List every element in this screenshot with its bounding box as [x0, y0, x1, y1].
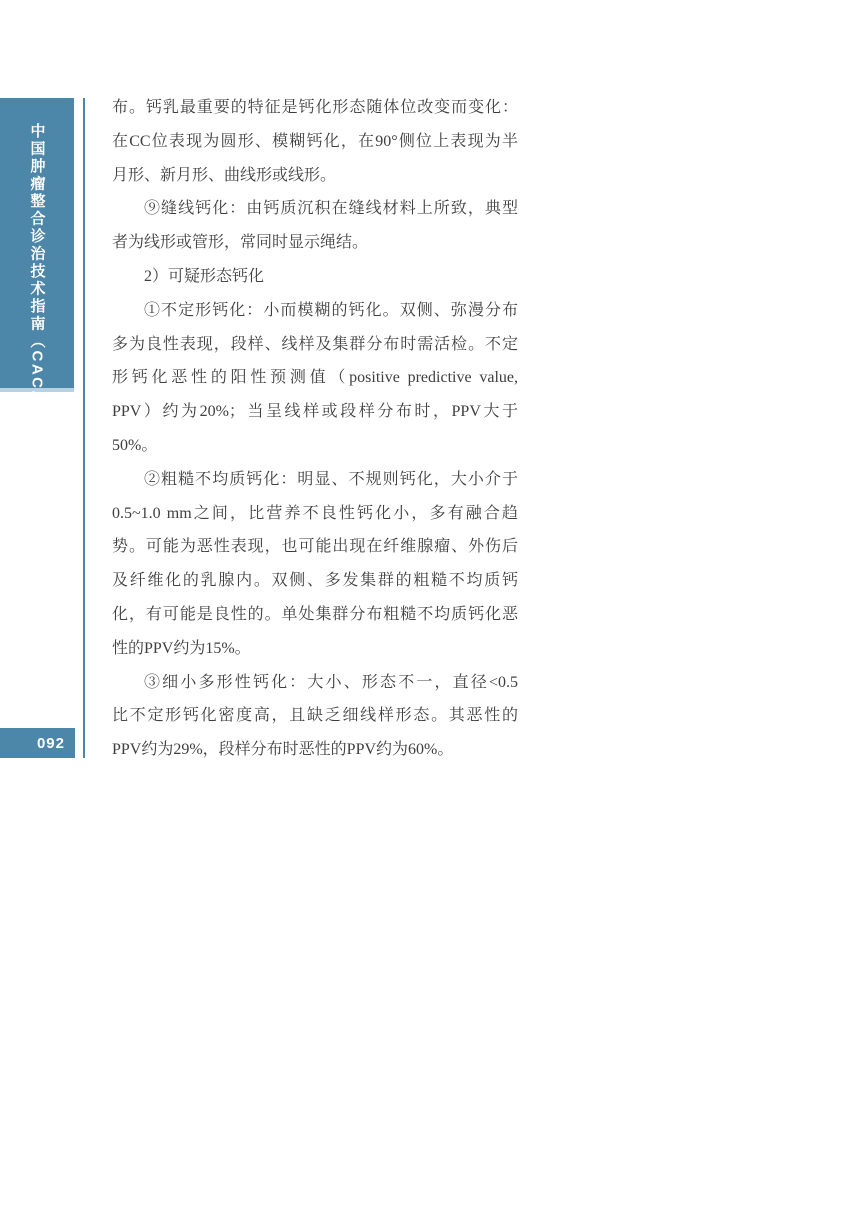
text-line: 多为良性表现，段样、线样及集群分布时需活检。不定: [112, 328, 518, 362]
paragraph: ⑨缝线钙化：由钙质沉积在缝线材料上所致，典型者为线形或管形，常同时显示绳结。: [112, 192, 518, 260]
text-line: 月形、新月形、曲线形或线形。: [112, 159, 518, 193]
text-line: PPV约为29%，段样分布时恶性的PPV约为60%。: [112, 733, 518, 767]
text-line: 及纤维化的乳腺内。双侧、多发集群的粗糙不均质钙: [112, 564, 518, 598]
paragraph: ①不定形钙化：小而模糊的钙化。双侧、弥漫分布多为良性表现，段样、线样及集群分布时…: [112, 294, 518, 463]
text-line: 形钙化恶性的阳性预测值（positive predictive value,: [112, 361, 518, 395]
text-line: 布。钙乳最重要的特征是钙化形态随体位改变而变化：: [112, 91, 518, 125]
paragraph: ②粗糙不均质钙化：明显、不规则钙化，大小介于0.5~1.0 mm之间，比营养不良…: [112, 463, 518, 666]
page-content: 布。钙乳最重要的特征是钙化形态随体位改变而变化：在CC位表现为圆形、模糊钙化，在…: [112, 91, 518, 767]
text-line: 比不定形钙化密度高，且缺乏细线样形态。其恶性的: [112, 699, 518, 733]
text-line: 在CC位表现为圆形、模糊钙化，在90°侧位上表现为半: [112, 125, 518, 159]
sidebar-book-title-banner: 中国肿瘤整合诊治技术指南（CACA）: [0, 98, 74, 392]
text-line: 化，有可能是良性的。单处集群分布粗糙不均质钙化恶: [112, 598, 518, 632]
text-line: 50%。: [112, 429, 518, 463]
text-line: 性的PPV约为15%。: [112, 632, 518, 666]
text-line: ③细小多形性钙化：大小、形态不一，直径<0.5 mm，: [112, 666, 518, 700]
sidebar-divider-line: [83, 98, 85, 758]
text-line: PPV）约为20%；当呈线样或段样分布时，PPV大于: [112, 395, 518, 429]
text-line: 者为线形或管形，常同时显示绳结。: [112, 226, 518, 260]
text-line: 0.5~1.0 mm之间，比营养不良性钙化小，多有融合趋: [112, 497, 518, 531]
page-number: 092: [37, 735, 65, 752]
text-line: 势。可能为恶性表现，也可能出现在纤维腺瘤、外伤后: [112, 530, 518, 564]
paragraph: 布。钙乳最重要的特征是钙化形态随体位改变而变化：在CC位表现为圆形、模糊钙化，在…: [112, 91, 518, 192]
paragraph: 2）可疑形态钙化: [112, 260, 518, 294]
text-line: ①不定形钙化：小而模糊的钙化。双侧、弥漫分布: [112, 294, 518, 328]
paragraph: ③细小多形性钙化：大小、形态不一，直径<0.5 mm，比不定形钙化密度高，且缺乏…: [112, 666, 518, 767]
text-line: ⑨缝线钙化：由钙质沉积在缝线材料上所致，典型: [112, 192, 518, 226]
page-number-badge: 092: [0, 728, 75, 758]
book-title: 中国肿瘤整合诊治技术指南（CACA）: [27, 123, 48, 388]
text-line: ②粗糙不均质钙化：明显、不规则钙化，大小介于: [112, 463, 518, 497]
text-line: 2）可疑形态钙化: [112, 260, 518, 294]
